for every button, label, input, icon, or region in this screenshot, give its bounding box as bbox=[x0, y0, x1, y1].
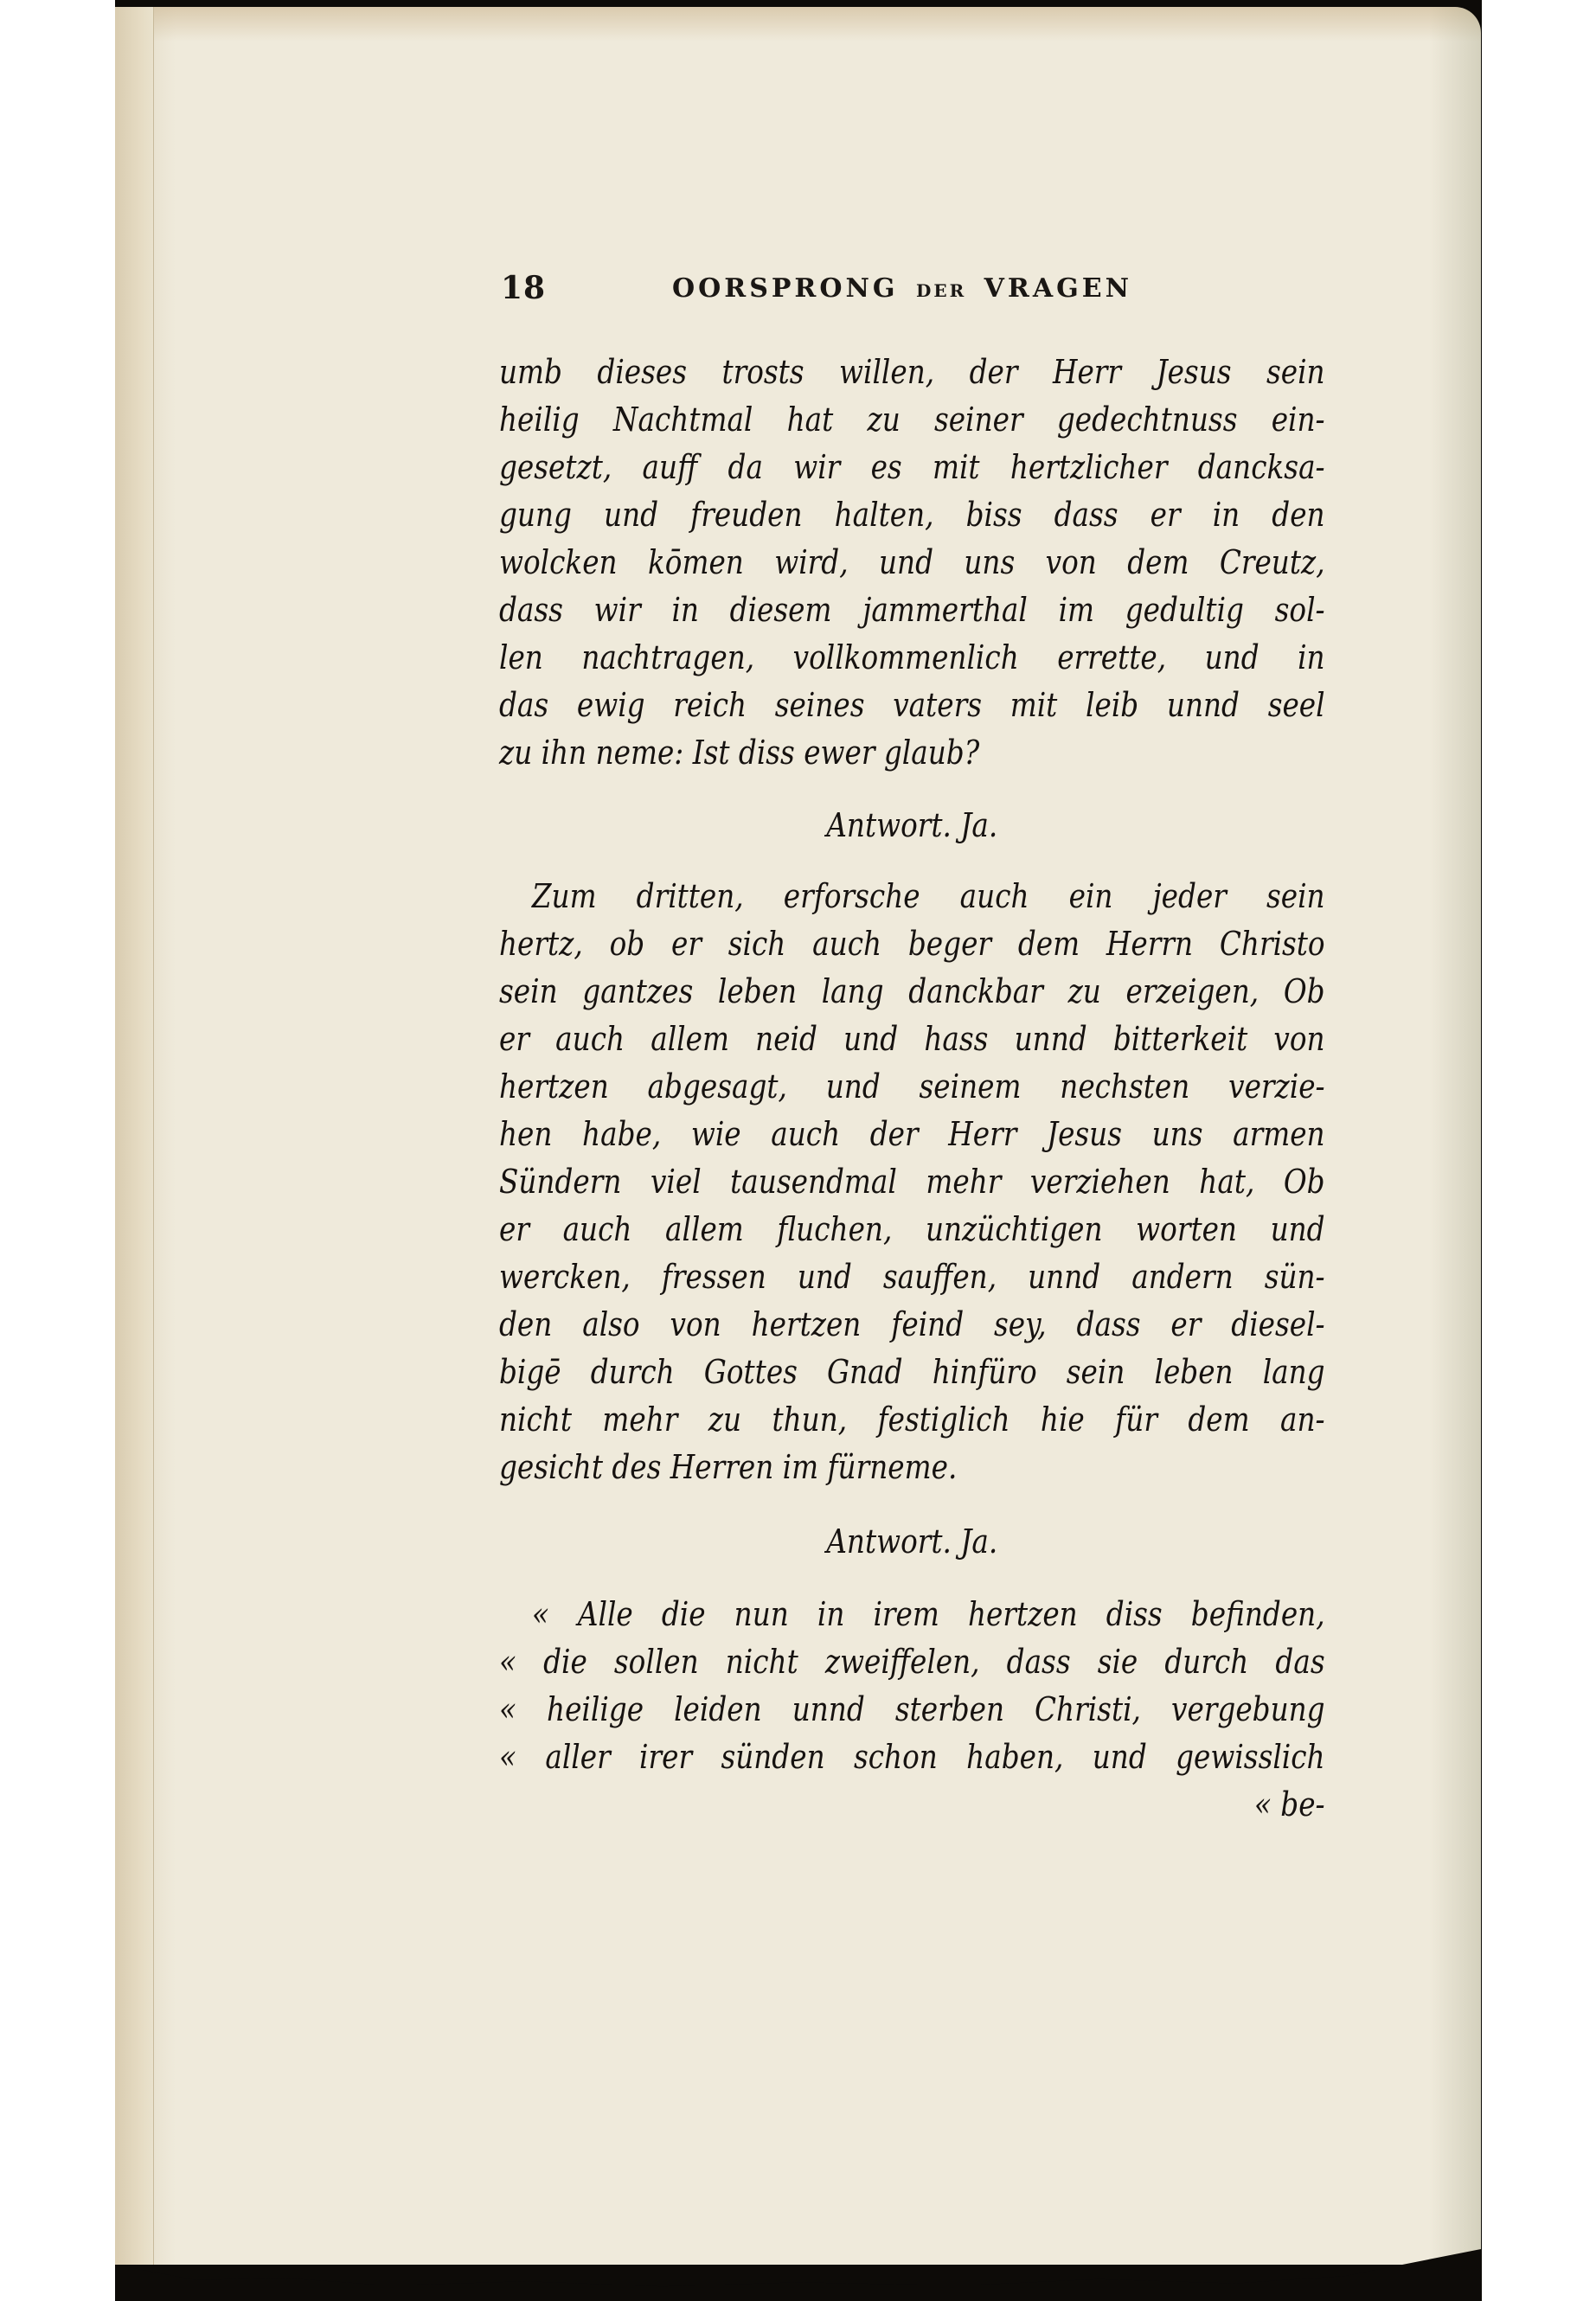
text-line: umb dieses trosts willen, der Herr Jesus… bbox=[499, 349, 1325, 394]
text-line: hertzen abgesagt, und seinem nechsten ve… bbox=[499, 1064, 1325, 1109]
text-line: dass wir in diesem jammerthal im gedulti… bbox=[499, 587, 1325, 632]
text-line: nicht mehr zu thun, festiglich hie für d… bbox=[499, 1397, 1325, 1442]
text-line: gesetzt, auff da wir es mit hertzlicher … bbox=[499, 445, 1325, 490]
running-title-word: VRAGEN bbox=[984, 273, 1132, 304]
text-line: « heilige leiden unnd sterben Christi, v… bbox=[499, 1687, 1325, 1732]
text-line: gesicht des Herren im fürneme. bbox=[499, 1445, 1325, 1490]
text-line: wercken, fressen und sauffen, unnd ander… bbox=[499, 1254, 1325, 1299]
text-line: Zum dritten, erforsche auch ein jeder se… bbox=[499, 874, 1325, 919]
text-line: wolcken kōmen wird, und uns von dem Cre… bbox=[499, 540, 1325, 585]
page-number: 18 bbox=[501, 270, 546, 306]
text-line: den also von hertzen feind sey, dass er … bbox=[499, 1302, 1325, 1347]
text-line: « Alle die nun in irem hertzen diss befi… bbox=[499, 1592, 1325, 1637]
text-line: « die sollen nicht zweiffelen, dass sie … bbox=[499, 1639, 1325, 1684]
text-line: hertz, ob er sich auch beger dem Herrn C… bbox=[499, 921, 1325, 966]
text-line: « aller irer sünden schon haben, und gew… bbox=[499, 1734, 1325, 1779]
text-line: len nachtragen, vollkommenlich errette, … bbox=[499, 635, 1325, 680]
text-line: heilig Nachtmal hat zu seiner gedechtnus… bbox=[499, 397, 1325, 442]
running-title: OORSPRONG DER VRAGEN bbox=[672, 273, 1132, 304]
page-gutter-edge bbox=[115, 7, 154, 2265]
running-head: 18 OORSPRONG DER VRAGEN bbox=[499, 270, 1325, 313]
text-line: zu ihn neme: Ist diss ewer glaub? bbox=[499, 730, 1325, 775]
catchword: « be- bbox=[499, 1782, 1325, 1827]
text-line: das ewig reich seines vaters mit leib un… bbox=[499, 683, 1325, 727]
text-line: er auch allem fluchen, unzüchtigen worte… bbox=[499, 1207, 1325, 1252]
text-line: er auch allem neid und hass unnd bitterk… bbox=[499, 1016, 1325, 1061]
answer-line: Antwort. Ja. bbox=[499, 1519, 1325, 1564]
running-title-word: OORSPRONG bbox=[672, 273, 899, 304]
text-line: hen habe, wie auch der Herr Jesus uns ar… bbox=[499, 1112, 1325, 1157]
text-line: gung und freuden halten, biss dass er in… bbox=[499, 492, 1325, 537]
text-line: bigē durch Gottes Gnad hinfüro sein leb… bbox=[499, 1349, 1325, 1394]
answer-line: Antwort. Ja. bbox=[499, 803, 1325, 848]
text-line: sein gantzes leben lang danckbar zu erze… bbox=[499, 969, 1325, 1014]
running-title-word: DER bbox=[916, 280, 966, 301]
text-line: Sündern viel tausendmal mehr verziehen h… bbox=[499, 1159, 1325, 1204]
